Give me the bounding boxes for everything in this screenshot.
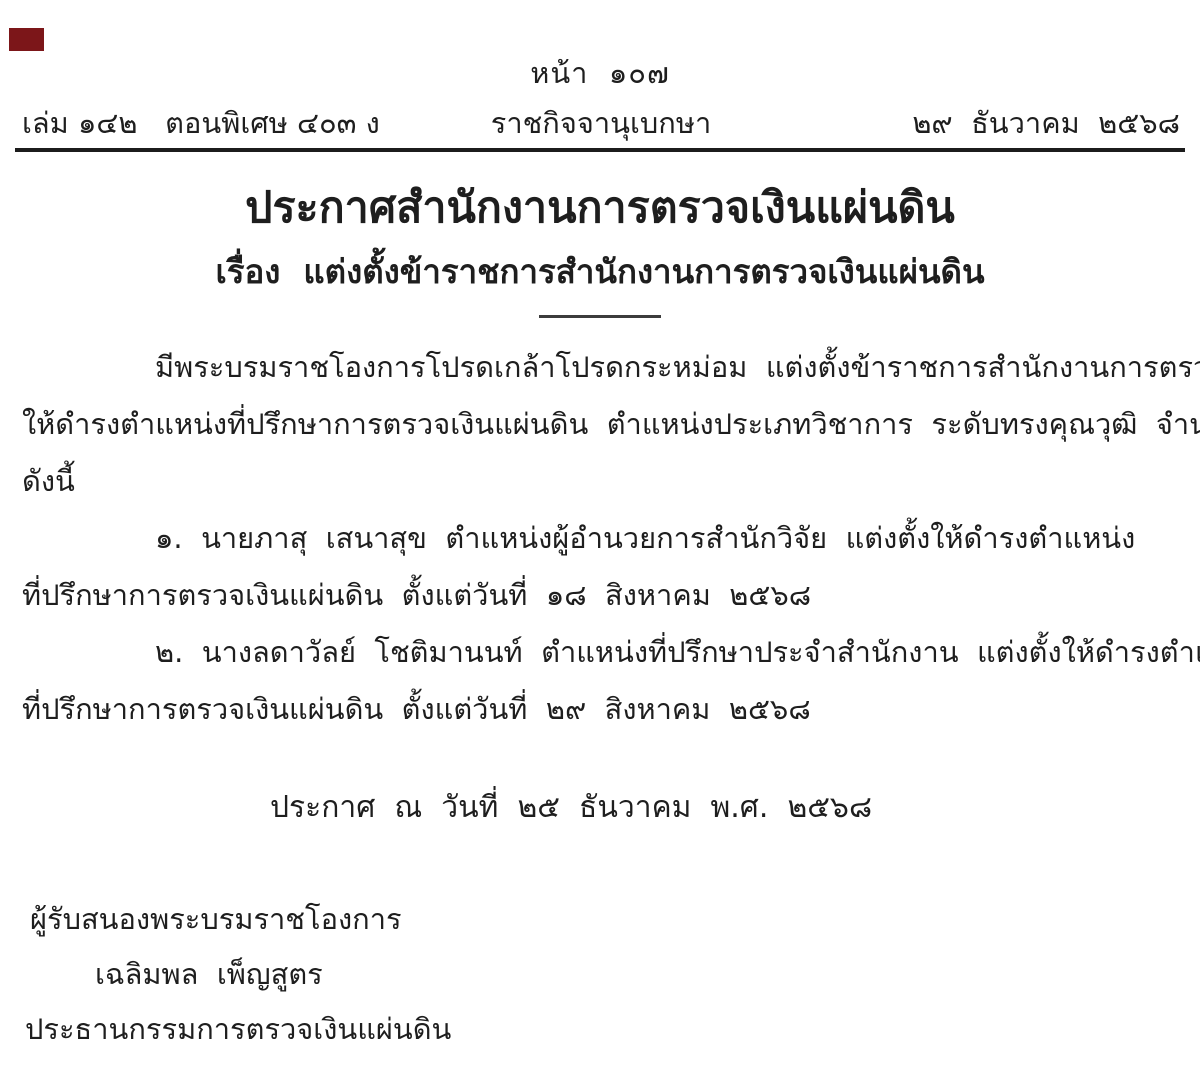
body-line: มีพระบรมราชโองการโปรดเกล้าโปรดกระหม่อม แ… xyxy=(22,341,1180,393)
body-line: ดังนี้ xyxy=(22,455,1180,507)
announcement-title: ประกาศสำนักงานการตรวจเงินแผ่นดิน xyxy=(0,180,1200,236)
gazette-name: ราชกิจจานุเบกษา xyxy=(491,100,711,146)
corner-stamp-mark xyxy=(9,28,44,51)
signer-title: ประธานกรรมการตรวจเงินแผ่นดิน xyxy=(25,1003,451,1055)
page-number: หน้า ๑๐๗ xyxy=(0,50,1200,96)
body-line: ให้ดำรงตำแหน่งที่ปรึกษาการตรวจเงินแผ่นดิ… xyxy=(22,398,1180,450)
announcement-subject: เรื่อง แต่งตั้งข้าราชการสำนักงานการตรวจเ… xyxy=(0,248,1200,296)
gazette-date: ๒๙ ธันวาคม ๒๕๖๘ xyxy=(912,100,1180,146)
gazette-page: หน้า ๑๐๗ เล่ม ๑๔๒ ตอนพิเศษ ๔๐๓ ง ราชกิจจ… xyxy=(0,0,1200,1083)
proclamation-date-line: ประกาศ ณ วันที่ ๒๕ ธันวาคม พ.ศ. ๒๕๖๘ xyxy=(270,782,872,834)
volume-issue-label: เล่ม ๑๔๒ ตอนพิเศษ ๔๐๓ ง xyxy=(22,100,380,146)
body-line-item-2: ๒. นางลดาวัลย์ โชติมานนท์ ตำแหน่งที่ปรึก… xyxy=(22,626,1180,678)
body-line-item-1: ๑. นายภาสุ เสนาสุข ตำแหน่งผู้อำนวยการสำน… xyxy=(22,512,1180,564)
body-line: ที่ปรึกษาการตรวจเงินแผ่นดิน ตั้งแต่วันที… xyxy=(22,683,1180,735)
signer-name: เฉลิมพล เพ็ญสูตร xyxy=(95,948,323,1000)
masthead-row: เล่ม ๑๔๒ ตอนพิเศษ ๔๐๓ ง ราชกิจจานุเบกษา … xyxy=(22,100,1180,146)
countersign-label: ผู้รับสนองพระบรมราชโองการ xyxy=(30,893,402,945)
masthead-divider xyxy=(15,148,1185,152)
body-line: ที่ปรึกษาการตรวจเงินแผ่นดิน ตั้งแต่วันที… xyxy=(22,569,1180,621)
subject-divider xyxy=(539,315,661,318)
